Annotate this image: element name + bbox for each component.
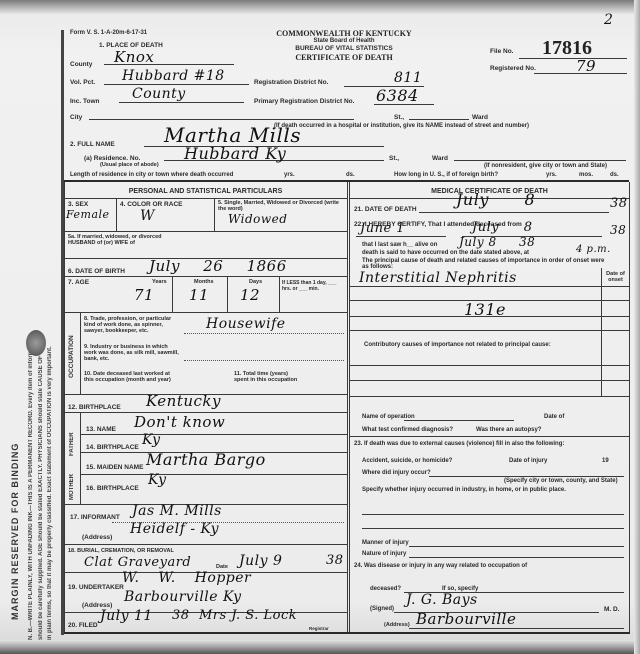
column-divider-2: [349, 182, 350, 634]
father-birthplace-value: Ky: [142, 432, 160, 448]
row-line-9: [80, 474, 347, 475]
length-yrs: yrs.: [284, 172, 295, 178]
father-name-label: 13. NAME: [86, 426, 116, 433]
where-injury-line: [429, 476, 624, 477]
cause-line-3: [350, 316, 629, 317]
city-ward-label: Ward: [472, 114, 488, 121]
residence-value: Hubbard Ky: [184, 144, 286, 163]
burial-place-value: Clat Graveyard: [84, 555, 191, 570]
margin-instructions-3: in plain terms, so that it may be proper…: [47, 40, 53, 640]
injury-year-label: 19: [602, 458, 609, 464]
filed-label: 20. FILED: [68, 622, 98, 629]
injury-date-label: Date of injury: [509, 458, 547, 464]
primary-registration-value: 6384: [376, 86, 419, 105]
residence-ward-line: [454, 160, 626, 161]
date-of-onset-label: Date of onset: [602, 271, 629, 283]
burial-label: 18. BURIAL, CREMATION, OR REMOVAL: [68, 548, 174, 554]
attended-year-value: 38: [610, 223, 626, 237]
occupation-value: Housewife: [206, 316, 286, 332]
cause-line-1: [350, 286, 629, 287]
race-label: 4. COLOR OR RACE: [120, 201, 182, 208]
marital-value: Widowed: [228, 212, 287, 226]
accident-label: Accident, suicide, or homicide?: [362, 458, 452, 464]
signed-label: (Signed): [370, 606, 394, 612]
where-injury-label: Where did injury occur?: [362, 470, 431, 476]
spouse-label: 5a. If married, widowed, or divorced HUS…: [68, 234, 188, 246]
injury-line-2: [362, 528, 624, 529]
informant-address-label: (Address): [82, 534, 112, 541]
left-border: [64, 182, 65, 634]
residence-sub: (Usual place of abode): [100, 162, 159, 168]
nature-line: [409, 557, 624, 558]
undertaker-label: 19. UNDERTAKER: [68, 584, 124, 591]
attended-from-value: June 1: [360, 221, 405, 236]
informant-address-value: Heidelf - Ky: [130, 521, 219, 537]
bottom-border: [64, 632, 630, 634]
certificate-scan: MARGIN RESERVED FOR BINDING N. B.—WRITE …: [0, 0, 640, 654]
age-less-label: If LESS than 1 day, ___ hrs. or ___ min.: [282, 280, 344, 292]
sex-race-divider: [116, 198, 117, 231]
autopsy-label: Was there an autopsy?: [476, 427, 541, 433]
binding-hole-icon: [26, 330, 46, 356]
attended-to-value: July 8: [472, 220, 533, 235]
inc-town-line: [119, 102, 244, 103]
primary-registration-label: Primary Registration District No.: [254, 98, 354, 105]
death-occurred-label: death is said to have occurred on the da…: [362, 250, 529, 256]
father-side-label: FATHER: [69, 416, 75, 456]
injury-line-1: [362, 514, 624, 515]
registrar-value: Mrs J. S. Lock: [199, 608, 297, 623]
mother-birthplace-value: Ky: [148, 472, 166, 488]
registration-district-label: Registration District No.: [254, 79, 328, 86]
nonresident-note: (If nonresident, give city or town and S…: [484, 163, 607, 169]
registered-no: 79: [576, 57, 596, 75]
onset-column-divider: [601, 268, 602, 396]
file-no-label: File No.: [490, 48, 513, 55]
age-years-value: 71: [134, 286, 154, 304]
race-marital-divider: [214, 198, 215, 231]
physician-address-line: [409, 628, 624, 629]
row-line-4: [64, 312, 347, 313]
full-name-label: 2. FULL NAME: [70, 141, 115, 148]
inc-town-label: Inc. Town: [70, 98, 100, 105]
vol-pct-value: Hubbard #18: [122, 68, 225, 84]
cause-value: Interstitial Nephritis: [359, 270, 517, 286]
where-specify-label: (Specify city or town, county, and State…: [504, 478, 618, 484]
industry-injury-label: Specify whether injury occurred in indus…: [362, 487, 624, 493]
inc-town-value: County: [132, 86, 186, 102]
age-divider-3: [279, 276, 280, 312]
row-line-1: [64, 231, 347, 232]
mother-name-label: 15. MAIDEN NAME: [86, 464, 143, 471]
vol-pct-label: Vol. Pct.: [70, 79, 95, 86]
principal-cause-label: The principal cause of death and related…: [362, 258, 612, 270]
vol-pct-line: [104, 84, 249, 85]
occupation-related-label: 24. Was disease or injury in any way rel…: [354, 563, 527, 569]
residence-st-label: St.,: [389, 155, 399, 162]
mother-side-label: MOTHER: [69, 460, 75, 500]
death-year-value: 38: [610, 196, 628, 211]
age-years-label: Years: [152, 279, 167, 285]
contrib-line-3: [350, 396, 629, 397]
mother-birthplace-label: 16. BIRTHPLACE: [86, 485, 139, 492]
hospital-note: (If death occurred in a hospital or inst…: [274, 123, 529, 129]
industry-label: 9. Industry or business in which work wa…: [84, 344, 182, 362]
county-value: Knox: [114, 48, 154, 66]
contrib-line-1: [350, 365, 629, 366]
date-of-death-value: July 8: [456, 190, 535, 209]
contrib-line-2: [350, 380, 629, 381]
us-ds: ds.: [610, 172, 619, 178]
row-line-7: [80, 434, 347, 435]
last-worked-label: 10. Date deceased last worked at this oc…: [84, 371, 174, 383]
age-days-value: 12: [240, 286, 260, 304]
us-yrs: yrs.: [546, 172, 557, 178]
birth-value: July 26 1866: [149, 257, 287, 275]
md-label: M. D.: [604, 606, 620, 613]
birthplace-label: 12. BIRTHPLACE: [68, 404, 121, 411]
race-value: W: [140, 208, 155, 224]
residence-label: (a) Residence. No.: [84, 155, 140, 162]
registrar-label: Registrar: [309, 626, 329, 631]
city-line: [89, 119, 354, 120]
father-name-value: Don't know: [134, 413, 225, 431]
scan-right-edge: [634, 0, 640, 654]
undertaker-address-value: Barbourville Ky: [124, 589, 241, 605]
death-time-value: 4 p.m.: [576, 244, 611, 255]
age-months-value: 11: [189, 286, 209, 304]
binding-margin: MARGIN RESERVED FOR BINDING N. B.—WRITE …: [8, 30, 63, 630]
corner-mark: 2: [604, 12, 613, 28]
row-line-11: [64, 544, 347, 545]
state-title: COMMONWEALTH OF KENTUCKY: [244, 29, 444, 38]
burial-date-value: July 9: [239, 553, 282, 569]
last-saw-year-value: 38: [519, 235, 535, 249]
operation-section-line: [350, 436, 629, 437]
length-ds: ds.: [346, 172, 355, 178]
row-line-3: [64, 276, 347, 277]
mother-name-value: Martha Bargo: [146, 450, 266, 469]
column-divider: [347, 182, 348, 634]
occupation-side-divider: [80, 312, 81, 394]
operation-line: [404, 420, 514, 421]
right-border: [629, 182, 630, 634]
city-st-label: St.,: [394, 114, 404, 121]
last-saw-label: that I last saw h__ alive on: [362, 242, 437, 248]
attended-from-line: [356, 236, 446, 237]
sex-label: 3. SEX: [68, 201, 88, 208]
filed-date-value: July 11: [100, 608, 153, 624]
age-divider-2: [227, 276, 228, 312]
age-label: 7. AGE: [68, 279, 89, 286]
city-st-line: [409, 119, 469, 120]
physician-address-label: (Address): [384, 622, 410, 628]
occupation-line: [184, 333, 344, 334]
operation-date-label: Date of: [544, 414, 564, 420]
last-saw-value: July 8: [459, 235, 497, 249]
manner-line: [409, 546, 624, 547]
age-days-label: Days: [249, 279, 262, 285]
manner-label: Manner of injury: [362, 540, 409, 546]
certificate-title: CERTIFICATE OF DEATH: [244, 53, 444, 62]
birth-label: 6. DATE OF BIRTH: [68, 268, 125, 275]
external-causes-label: 23. If death was due to external causes …: [354, 441, 624, 447]
registration-district-value: 811: [394, 70, 422, 86]
margin-reserved-text: MARGIN RESERVED FOR BINDING: [10, 180, 20, 620]
undertaker-value: W. W. Hopper: [122, 570, 251, 586]
diagnosis-label: What test confirmed diagnosis?: [362, 427, 453, 433]
occupation-label: 8. Trade, profession, or particular kind…: [84, 316, 182, 334]
parents-side-divider: [80, 412, 81, 504]
informant-label: 17. INFORMANT: [70, 514, 120, 521]
board-title: State Board of Health: [244, 38, 444, 44]
bureau-title: BUREAU OF VITAL STATISTICS: [244, 45, 444, 52]
scan-bottom-edge: [0, 640, 640, 654]
personal-section-title: PERSONAL AND STATISTICAL PARTICULARS: [64, 188, 347, 195]
length-residence-label: Length of residence in city or town wher…: [70, 172, 233, 178]
date-of-death-label: 21. DATE OF DEATH: [354, 206, 417, 213]
nature-label: Nature of injury: [362, 551, 406, 557]
contributory-label: Contributory causes of importance not re…: [364, 342, 574, 348]
us-mos: mos.: [579, 172, 593, 178]
sex-value: Female: [66, 208, 110, 221]
total-time-label: 11. Total time (years) spent in this occ…: [234, 371, 304, 383]
physician-signature: J. G. Bays: [406, 592, 478, 608]
scan-top-edge: [0, 0, 640, 14]
burial-year-value: 38: [326, 553, 344, 568]
age-divider-1: [172, 276, 173, 312]
occupation-side-label: OCCUPATION: [68, 328, 75, 378]
residence-ward-label: Ward: [432, 155, 448, 162]
birthplace-value: Kentucky: [146, 392, 221, 410]
father-birthplace-label: 14. BIRTHPLACE: [86, 444, 139, 451]
deceased-label: deceased?: [370, 586, 401, 592]
us-residence-label: How long in U. S., if of foreign birth?: [394, 172, 498, 178]
registered-no-label: Registered No.: [490, 65, 536, 72]
physician-address-value: Barbourville: [416, 610, 516, 628]
filed-year-value: 38: [172, 608, 190, 623]
cause-line-4: [350, 330, 629, 331]
city-label: City: [70, 114, 82, 121]
marital-label: 5. Single, Married, Widowed or Divorced …: [218, 200, 343, 212]
form-number: Form V. S. 1-A-20m-6-17-31: [70, 30, 147, 36]
industry-line: [184, 360, 344, 361]
date-of-death-line: [419, 212, 609, 213]
age-months-label: Months: [194, 279, 214, 285]
personal-title-line: [64, 198, 347, 199]
certificate-form: Form V. S. 1-A-20m-6-17-31 COMMONWEALTH …: [64, 28, 634, 636]
county-label: County: [70, 61, 92, 68]
informant-value: Jas M. Mills: [132, 503, 222, 519]
